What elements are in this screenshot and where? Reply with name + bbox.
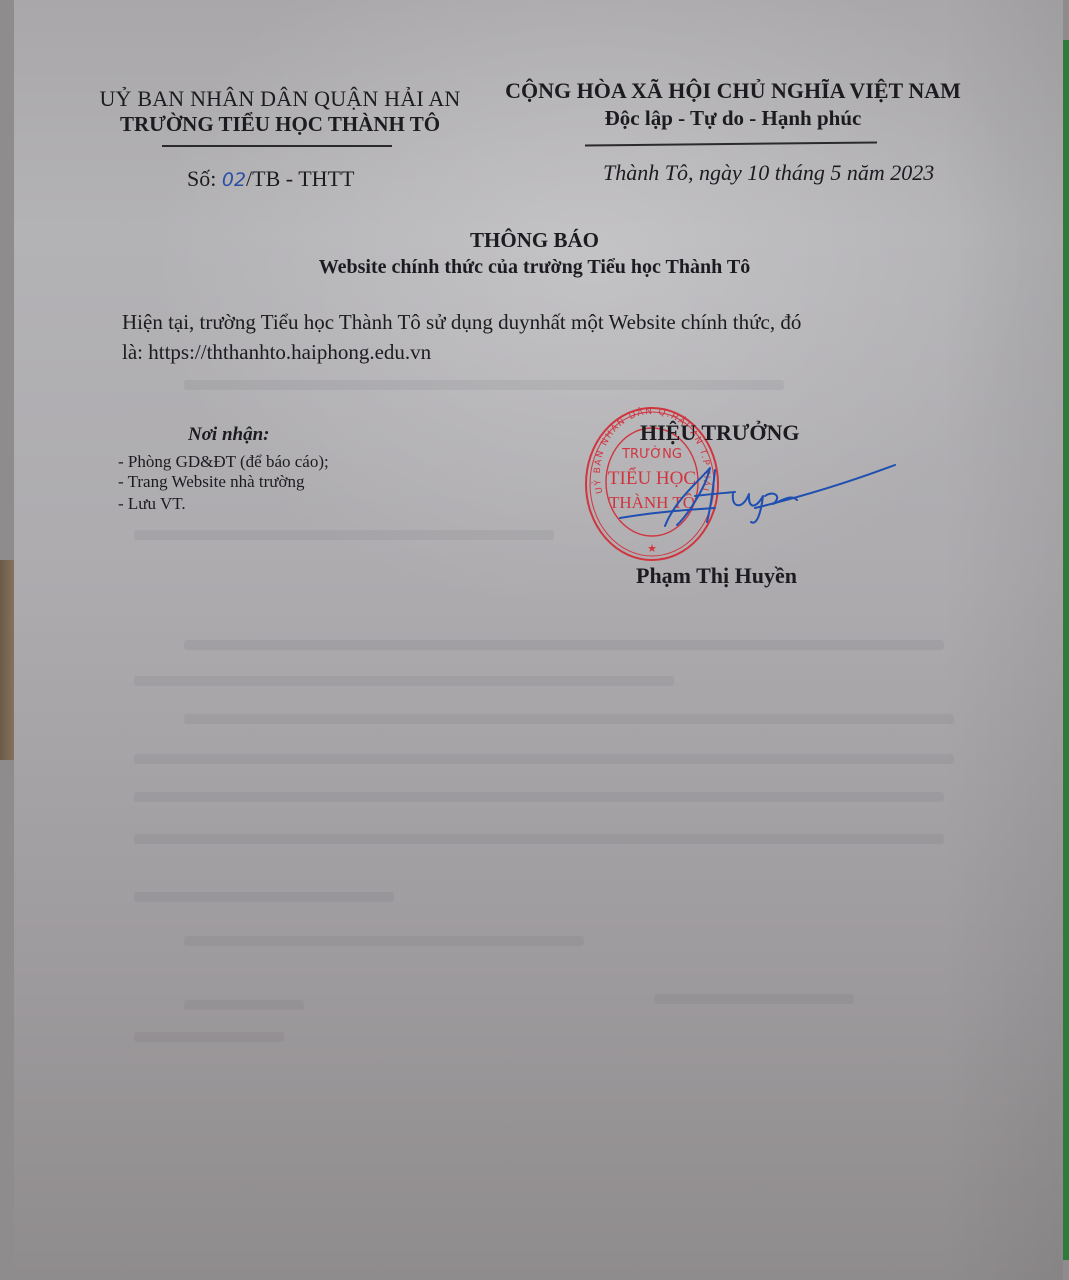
recipients-title: Nơi nhận: [188, 424, 269, 446]
document-number-prefix: Số: [187, 166, 222, 191]
recipient-item: - Phòng GD&ĐT (để báo cáo); [118, 452, 329, 472]
authority-name: UỶ BAN NHÂN DÂN QUẬN HẢI AN [96, 86, 464, 112]
bleed-through-text [184, 640, 944, 650]
bleed-through-text [184, 714, 954, 724]
header-left-underline [162, 145, 392, 147]
school-name: TRƯỜNG TIỂU HỌC THÀNH TÔ [96, 112, 464, 137]
document-number: Số: 02/TB - THTT [187, 166, 354, 192]
bleed-through-text [134, 834, 944, 844]
recipient-item: - Lưu VT. [118, 494, 186, 514]
document-title: THÔNG BÁO [0, 228, 1069, 253]
bleed-through-text [134, 754, 954, 764]
bleed-through-text [184, 1000, 304, 1010]
document-paper [14, 0, 1063, 1280]
bleed-through-text [134, 1032, 284, 1042]
recipient-item: - Trang Website nhà trường [118, 472, 305, 492]
place-and-date: Thành Tô, ngày 10 tháng 5 năm 2023 [603, 160, 934, 186]
bleed-through-text [134, 892, 394, 902]
document-subtitle: Website chính thức của trường Tiểu học T… [0, 256, 1069, 279]
handwritten-signature-icon [615, 460, 900, 530]
background-edge [1063, 40, 1069, 1260]
document-number-suffix: /TB - THTT [246, 166, 354, 191]
bleed-through-text [134, 530, 554, 540]
national-title: CỘNG HÒA XÃ HỘI CHỦ NGHĨA VIỆT NAM [498, 78, 968, 104]
svg-text:★: ★ [647, 543, 657, 555]
bleed-through-text [184, 380, 784, 390]
national-motto: Độc lập - Tự do - Hạnh phúc [583, 106, 883, 131]
signer-role: HIỆU TRƯỞNG [640, 420, 800, 446]
document-number-handwritten: 02 [222, 169, 246, 191]
bleed-through-text [654, 994, 854, 1004]
body-text-line-2: là: https://ththanhto.haiphong.edu.vn [122, 340, 431, 365]
bleed-through-text [134, 676, 674, 686]
bleed-through-text [134, 792, 944, 802]
body-text-line-1: Hiện tại, trường Tiểu học Thành Tô sử dụ… [122, 310, 801, 335]
bleed-through-text [184, 936, 584, 946]
